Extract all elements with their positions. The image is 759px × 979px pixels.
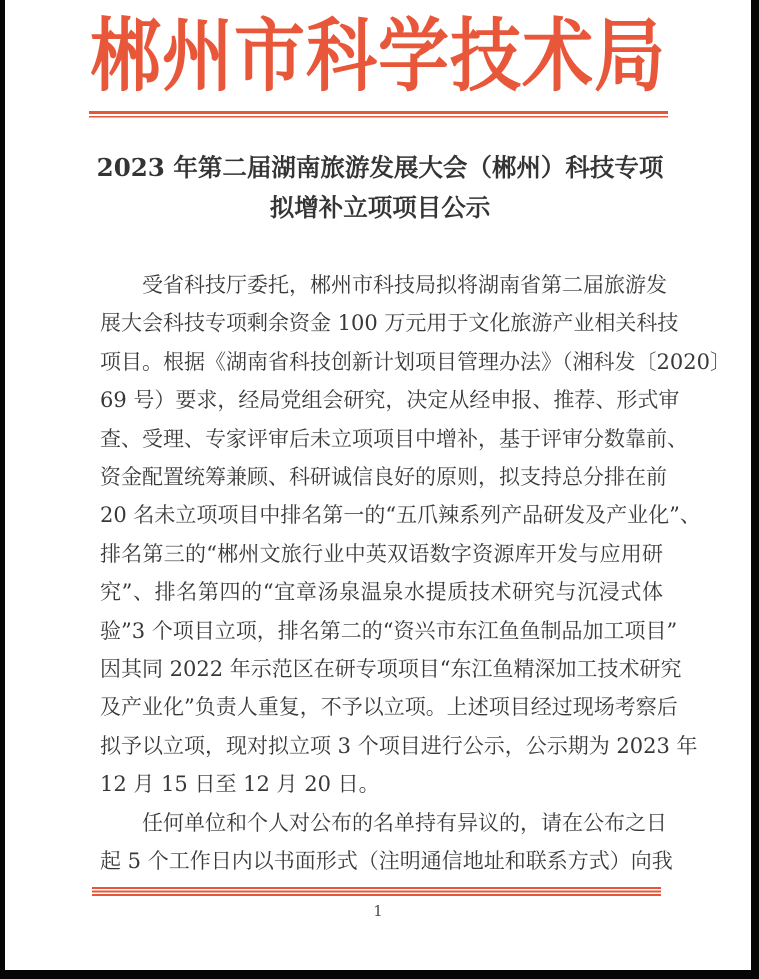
document-title-line2: 拟增补立项项目公示 [65,188,695,228]
document-title-line1: 2023 年第二届湖南旅游发展大会（郴州）科技专项 [65,148,695,188]
document-title: 2023 年第二届湖南旅游发展大会（郴州）科技专项 拟增补立项项目公示 [65,148,695,228]
document-body: 受省科技厅委托，郴州市科技局拟将湖南省第二届旅游发 展大会科技专项剩余资金 10… [100,266,663,881]
body-line: 12 月 15 日至 12 月 20 日。 [100,765,663,803]
body-line: 查、受理、专家评审后未立项项目中增补，基于评审分数靠前、 [100,420,663,458]
body-line: 及产业化”负责人重复，不予以立项。上述项目经过现场考察后 [100,688,663,726]
body-line: 拟予以立项，现对拟立项 3 个项目进行公示，公示期为 2023 年 [100,727,663,765]
body-line: 排名第三的“郴州文旅行业中英双语数字资源库开发与应用研 [100,535,663,573]
letterhead-divider [89,111,668,118]
page-number: 1 [5,902,751,920]
body-line: 项目。根据《湖南省科技创新计划项目管理办法》（湘科发〔2020〕 [100,343,663,381]
body-line: 任何单位和个人对公布的名单持有异议的，请在公布之日 [100,804,663,842]
body-line: 20 名未立项项目中排名第一的“五爪辣系列产品研发及产业化”、 [100,496,663,534]
letterhead-title: 郴州市科学技术局 [5,12,751,99]
document-page: 郴州市科学技术局 2023 年第二届湖南旅游发展大会（郴州）科技专项 拟增补立项… [5,0,751,970]
body-line: 因其同 2022 年示范区在研专项项目“东江鱼精深加工技术研究 [100,650,663,688]
footer-divider [92,887,661,896]
body-line: 69 号）要求，经局党组会研究，决定从经申报、推荐、形式审 [100,381,663,419]
body-line: 验”3 个项目立项，排名第二的“资兴市东江鱼鱼制品加工项目” [100,612,663,650]
body-line: 究”、排名第四的“宜章汤泉温泉水提质技术研究与沉浸式体 [100,573,663,611]
body-line: 资金配置统筹兼顾、科研诚信良好的原则，拟支持总分排在前 [100,458,663,496]
body-line: 展大会科技专项剩余资金 100 万元用于文化旅游产业相关科技 [100,304,663,342]
scan-background: 郴州市科学技术局 2023 年第二届湖南旅游发展大会（郴州）科技专项 拟增补立项… [0,0,759,979]
body-line: 受省科技厅委托，郴州市科技局拟将湖南省第二届旅游发 [100,266,663,304]
body-line: 起 5 个工作日内以书面形式（注明通信地址和联系方式）向我 [100,842,663,880]
